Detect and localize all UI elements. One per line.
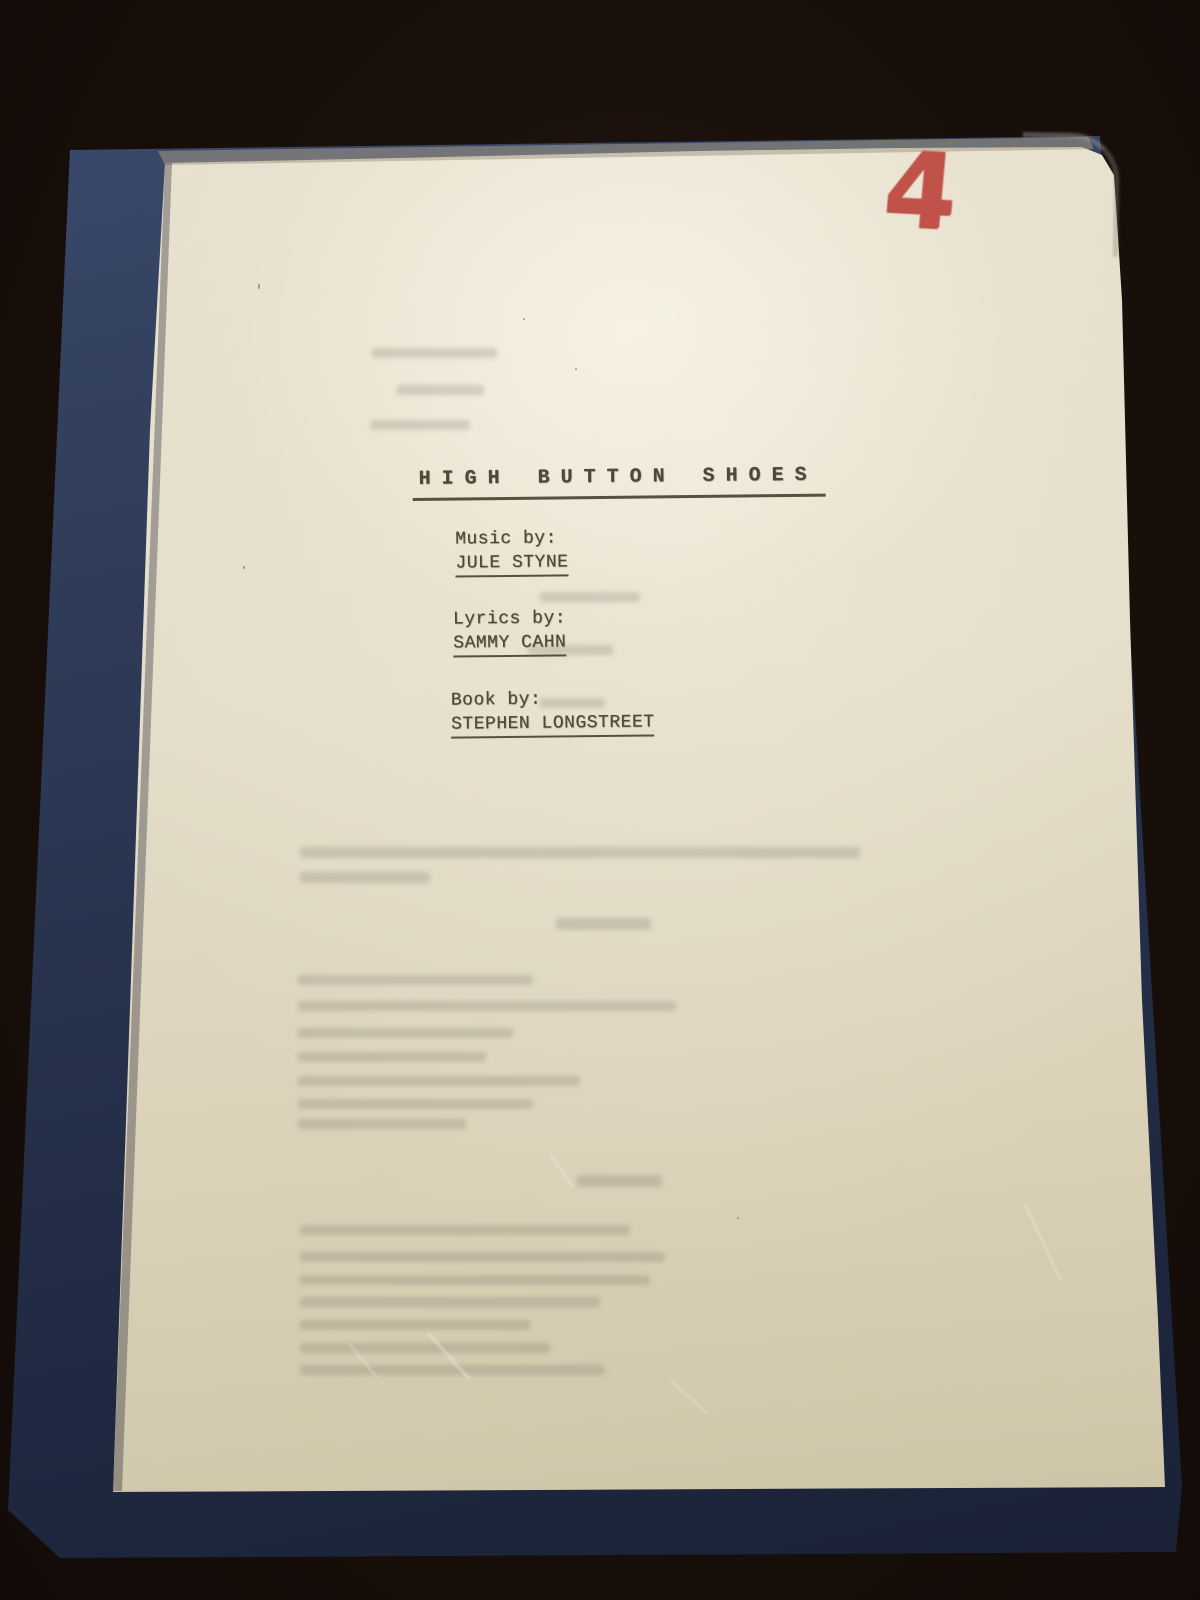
lyrics-by-label: Lyrics by:	[453, 608, 566, 629]
typed-text-layer: HIGH BUTTON SHOES Music by: JULE STYNE L…	[0, 0, 1200, 1600]
lyricist-name: SAMMY CAHN	[453, 632, 566, 657]
composer-name: JULE STYNE	[455, 552, 568, 577]
music-by-label: Music by:	[455, 528, 557, 549]
handwritten-page-number: 4	[879, 128, 962, 253]
document-title: HIGH BUTTON SHOES	[412, 464, 825, 501]
book-author-name: STEPHEN LONGSTREET	[451, 712, 655, 738]
book-by-label: Book by:	[451, 690, 542, 711]
